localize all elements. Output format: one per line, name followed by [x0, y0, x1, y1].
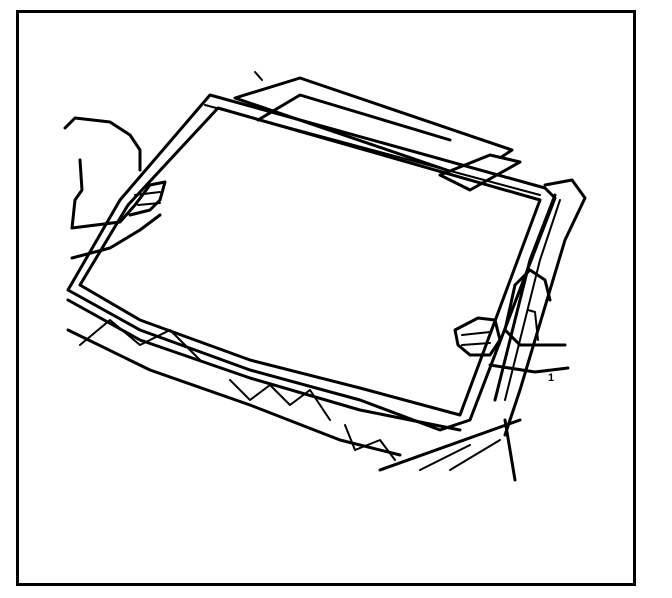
callout-1-label: 1	[548, 372, 554, 384]
left-technician	[65, 118, 165, 258]
cowl-panel	[68, 300, 520, 470]
windshield-installation-drawing	[0, 0, 672, 598]
roof-panel	[235, 72, 520, 190]
right-pillar	[495, 180, 585, 480]
